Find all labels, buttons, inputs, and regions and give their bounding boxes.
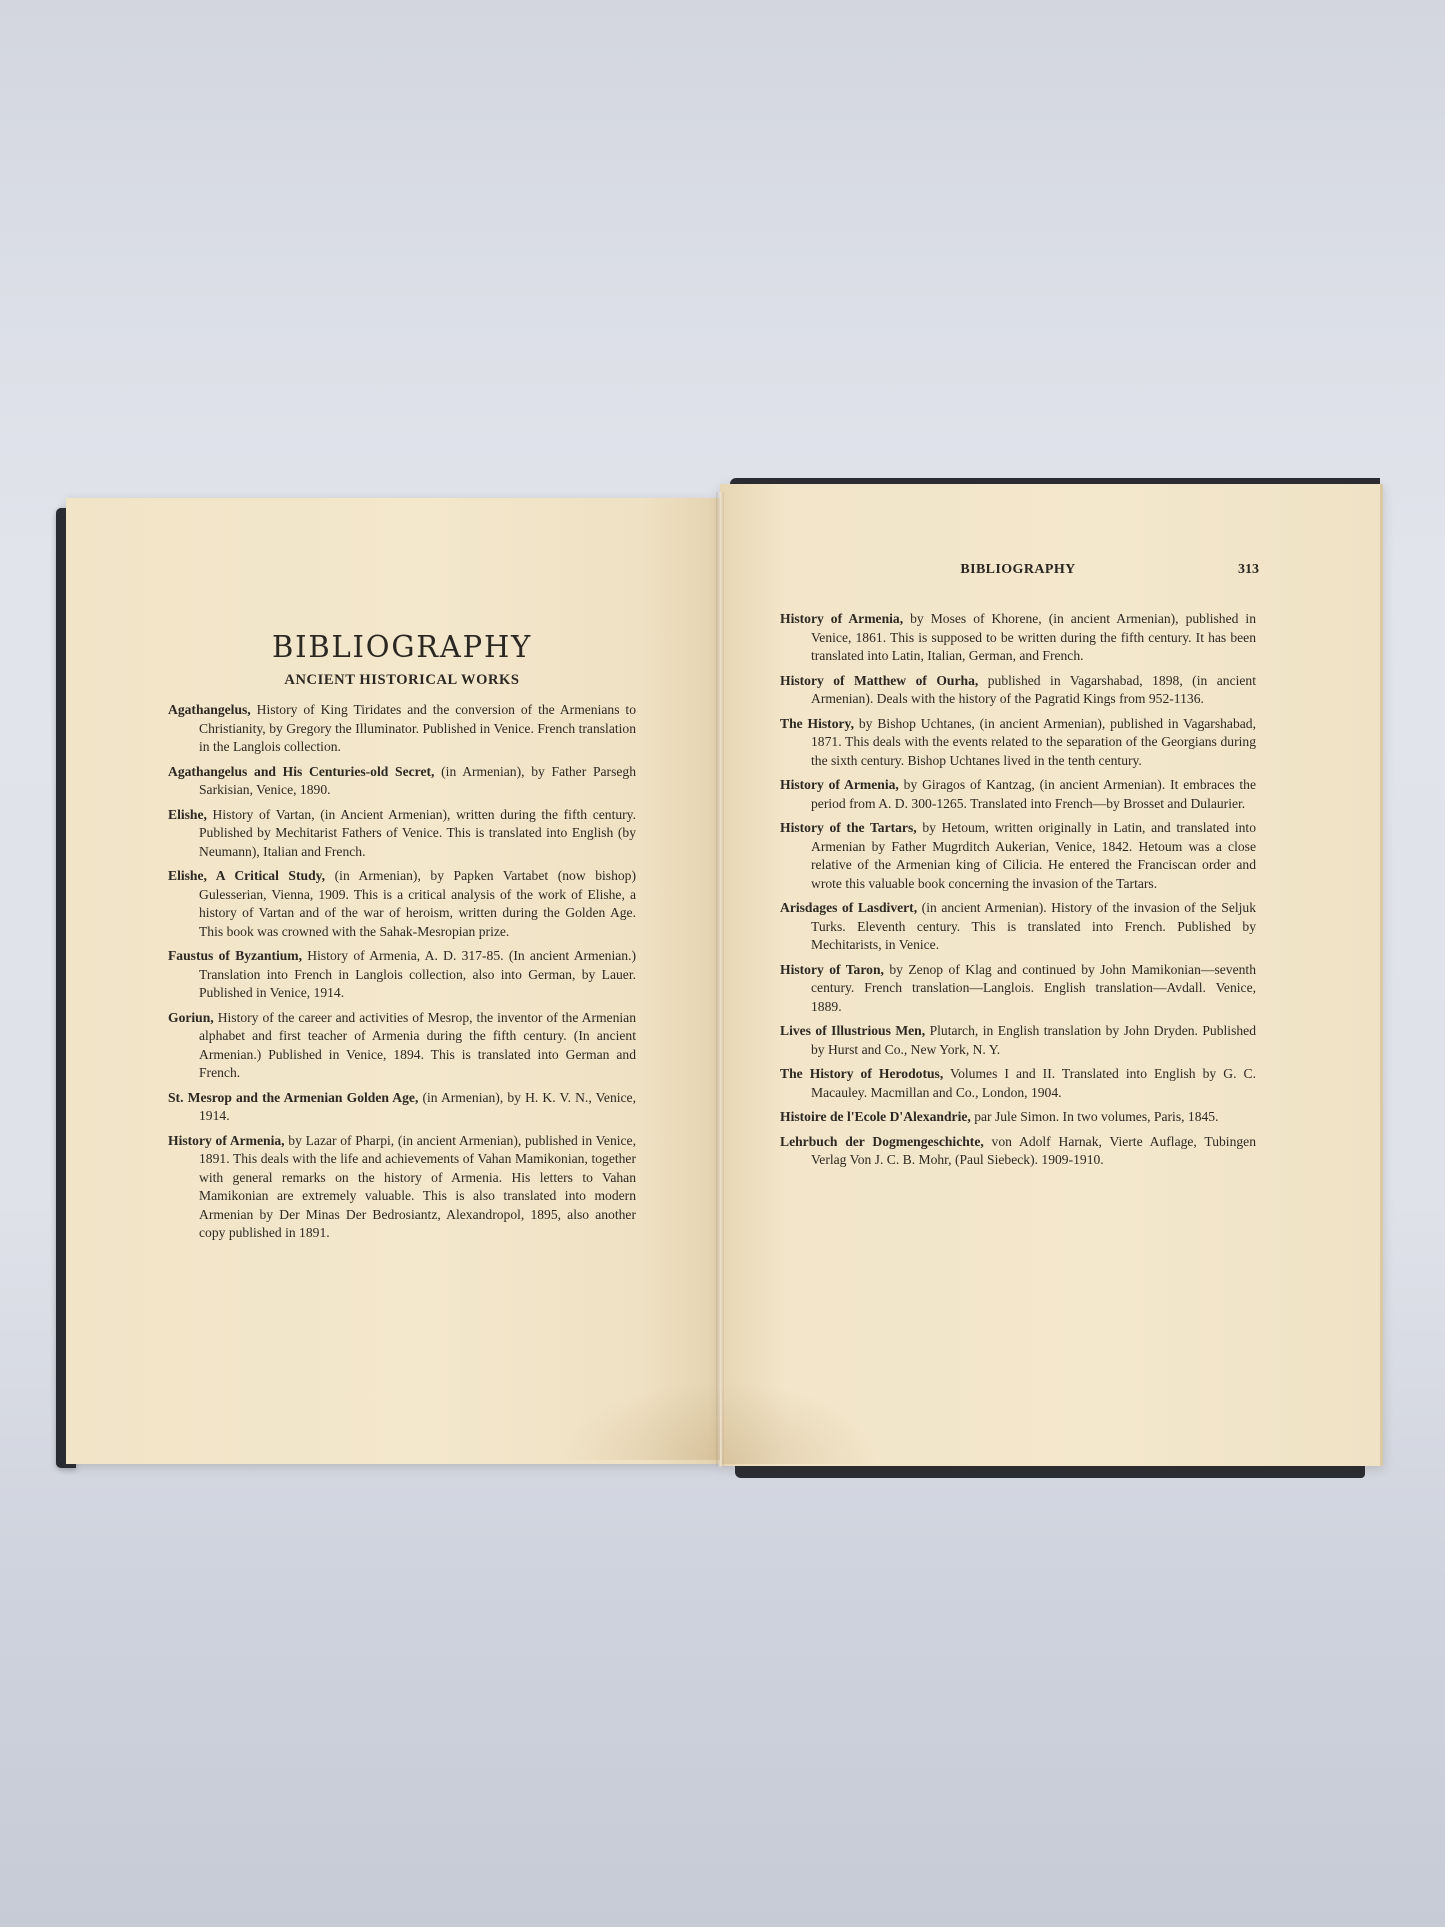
entry-title: History of Matthew of Ourha, xyxy=(780,673,978,688)
entry-title: St. Mesrop and the Armenian Golden Age, xyxy=(168,1090,418,1105)
entry-text: History of the career and activities of … xyxy=(199,1010,636,1081)
bibliography-entry: Agathangelus and His Centuries-old Secre… xyxy=(168,763,636,800)
entry-title: History of Taron, xyxy=(780,962,884,977)
left-page-content: BIBLIOGRAPHY ANCIENT HISTORICAL WORKS Ag… xyxy=(168,630,636,1249)
entry-title: Histoire de l'Ecole D'Alexandrie, xyxy=(780,1109,971,1124)
bibliography-entry: Lehrbuch der Dogmengeschichte, von Adolf… xyxy=(780,1133,1256,1170)
bibliography-entry: Lives of Illustrious Men, Plutarch, in E… xyxy=(780,1022,1256,1059)
bibliography-entry: History of the Tartars, by Hetoum, writt… xyxy=(780,819,1256,893)
entry-title: History of Armenia, xyxy=(168,1133,285,1148)
bibliography-entry: History of Armenia, by Giragos of Kantza… xyxy=(780,776,1256,813)
section-heading: ANCIENT HISTORICAL WORKS xyxy=(168,672,636,689)
entry-title: Elishe, xyxy=(168,807,207,822)
right-page-content: BIBLIOGRAPHY 313 History of Armenia, by … xyxy=(780,562,1256,1176)
entry-title: Elishe, A Critical Study, xyxy=(168,868,325,883)
entry-title: Agathangelus, xyxy=(168,702,251,717)
entry-title: Lives of Illustrious Men, xyxy=(780,1023,925,1038)
bibliography-entry: History of Armenia, by Lazar of Pharpi, … xyxy=(168,1132,636,1243)
book-gutter xyxy=(716,492,724,1467)
page-stain xyxy=(722,1380,882,1464)
bibliography-entry: History of Armenia, by Moses of Khorene,… xyxy=(780,610,1256,666)
entry-title: History of Armenia, xyxy=(780,777,899,792)
entry-title: History of the Tartars, xyxy=(780,820,917,835)
entry-title: Goriun, xyxy=(168,1010,214,1025)
entry-title: Faustus of Byzantium, xyxy=(168,948,302,963)
page-title: BIBLIOGRAPHY xyxy=(168,630,636,665)
bibliography-entry: Agathangelus, History of King Tiridates … xyxy=(168,701,636,757)
entry-title: Agathangelus and His Centuries-old Secre… xyxy=(168,764,434,779)
bibliography-entry: The History of Herodotus, Volumes I and … xyxy=(780,1065,1256,1102)
bibliography-entry: History of Taron, by Zenop of Klag and c… xyxy=(780,961,1256,1017)
entry-text: History of Vartan, (in Ancient Armenian)… xyxy=(199,807,636,859)
bibliography-entry: St. Mesrop and the Armenian Golden Age, … xyxy=(168,1089,636,1126)
entry-title: The History, xyxy=(780,716,854,731)
open-book: BIBLIOGRAPHY ANCIENT HISTORICAL WORKS Ag… xyxy=(0,0,1445,1927)
running-header: BIBLIOGRAPHY 313 xyxy=(780,562,1256,584)
page-number: 313 xyxy=(1238,562,1259,578)
bibliography-entry: Histoire de l'Ecole D'Alexandrie, par Ju… xyxy=(780,1108,1256,1127)
entry-text: by Lazar of Pharpi, (in ancient Armenian… xyxy=(199,1133,636,1241)
bibliography-entry: Arisdages of Lasdivert, (in ancient Arme… xyxy=(780,899,1256,955)
bibliography-entry: The History, by Bishop Uchtanes, (in anc… xyxy=(780,715,1256,771)
bibliography-entry: History of Matthew of Ourha, published i… xyxy=(780,672,1256,709)
entry-title: Arisdages of Lasdivert, xyxy=(780,900,917,915)
bibliography-entry: Goriun, History of the career and activi… xyxy=(168,1009,636,1083)
bibliography-entry: Faustus of Byzantium, History of Armenia… xyxy=(168,947,636,1003)
running-title: BIBLIOGRAPHY xyxy=(780,562,1256,578)
entry-title: The History of Herodotus, xyxy=(780,1066,943,1081)
entry-text: by Bishop Uchtanes, (in ancient Armenian… xyxy=(811,716,1256,768)
page-stain xyxy=(560,1380,720,1460)
bibliography-entry: Elishe, History of Vartan, (in Ancient A… xyxy=(168,806,636,862)
bibliography-entry: Elishe, A Critical Study, (in Armenian),… xyxy=(168,867,636,941)
entry-text: par Jule Simon. In two volumes, Paris, 1… xyxy=(971,1109,1219,1124)
entry-text: History of King Tiridates and the conver… xyxy=(199,702,636,754)
entry-title: History of Armenia, xyxy=(780,611,903,626)
entry-title: Lehrbuch der Dogmengeschichte, xyxy=(780,1134,984,1149)
